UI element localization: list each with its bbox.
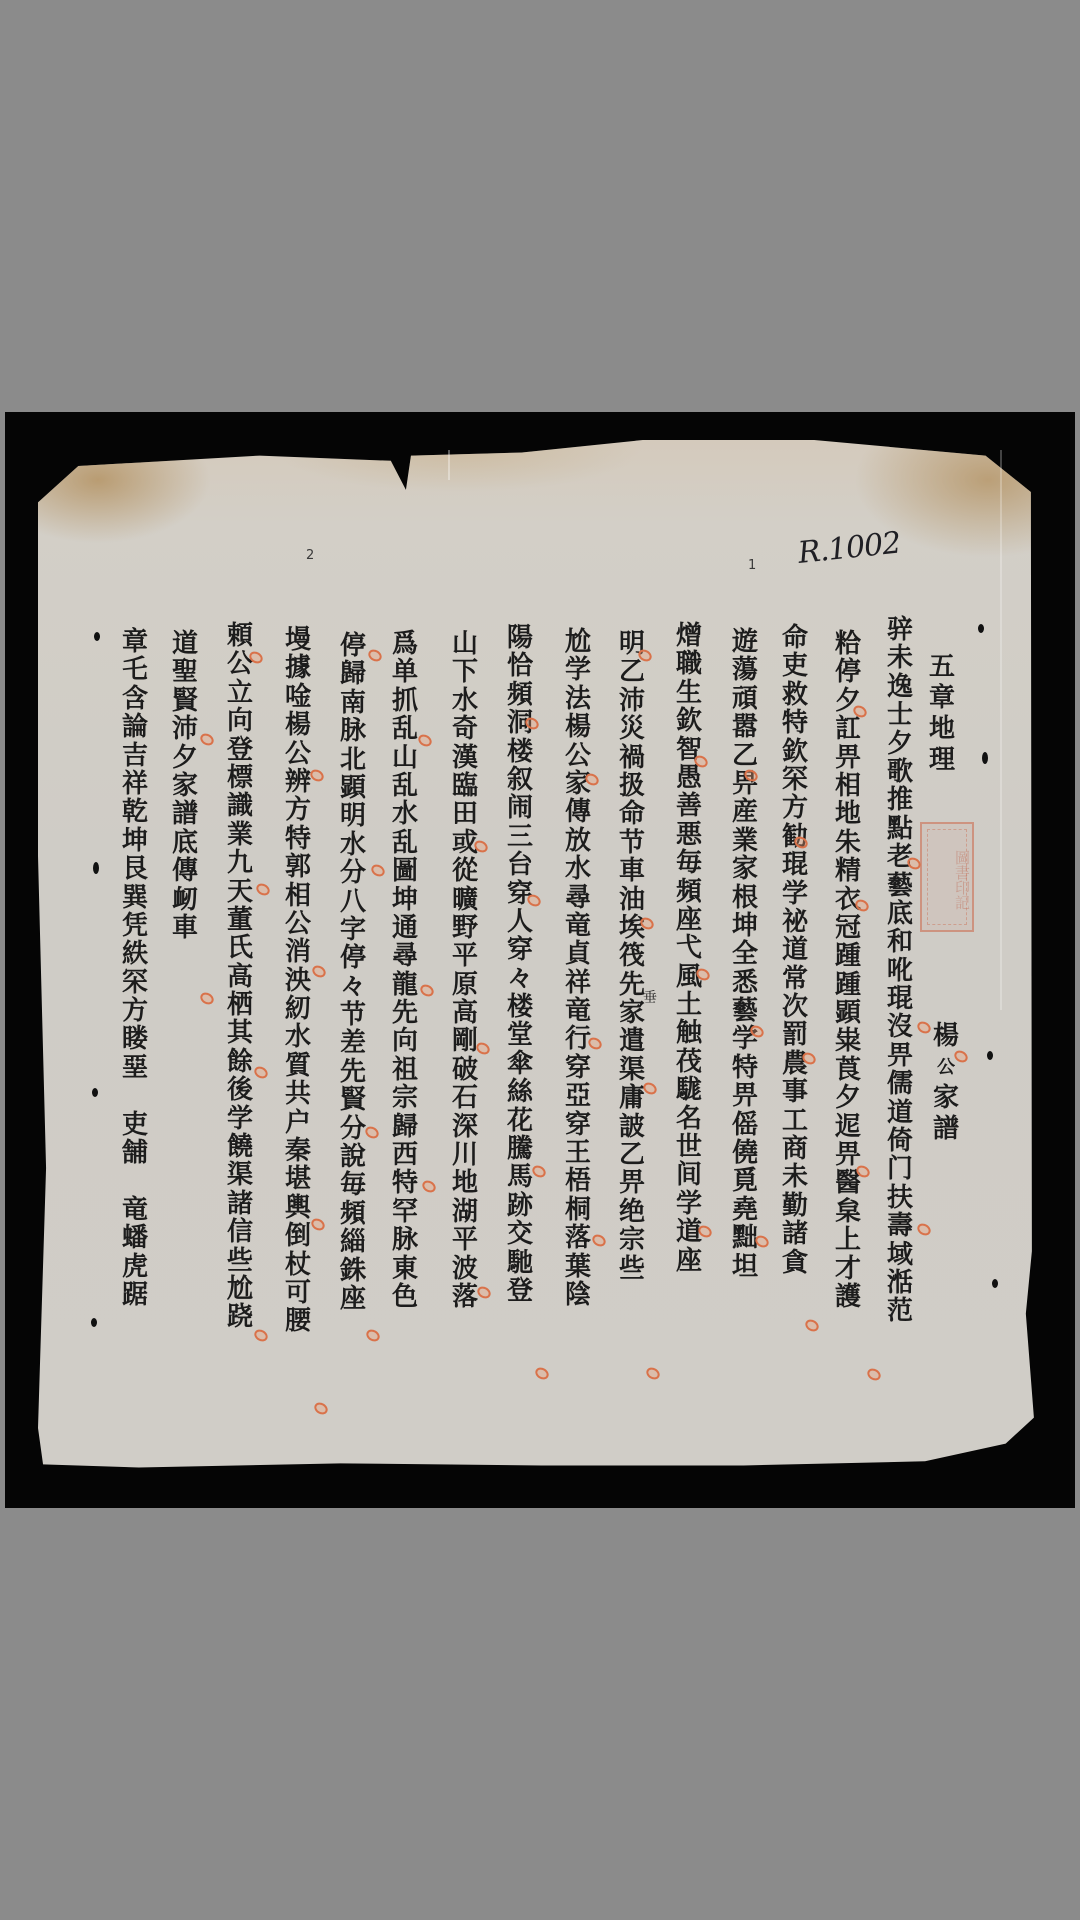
manuscript-char: 南 xyxy=(335,689,371,717)
manuscript-char: 停 xyxy=(335,632,371,660)
manuscript-char: 登 xyxy=(222,736,258,764)
manuscript-char: 禍 xyxy=(614,744,650,772)
manuscript-char: 據 xyxy=(280,654,316,682)
manuscript-char: 罰 xyxy=(777,1021,813,1049)
manuscript-char: 紉 xyxy=(280,995,316,1023)
manuscript-char: 通 xyxy=(387,914,423,942)
manuscript-char: 底 xyxy=(882,900,918,928)
manuscript-char: 々 xyxy=(502,965,538,993)
manuscript-char: 土 xyxy=(671,991,707,1019)
manuscript-char: 駹 xyxy=(671,1076,707,1104)
manuscript-char: 藝 xyxy=(727,997,763,1025)
manuscript-char: 杖 xyxy=(280,1251,316,1279)
manuscript-char: 桐 xyxy=(560,1196,596,1224)
manuscript-char: 穿 xyxy=(560,1111,596,1139)
manuscript-char: 粭 xyxy=(830,630,866,658)
text-column-14: 道聖賢沛夕家譜底傳衂車 xyxy=(167,630,203,942)
manuscript-char: 湉 xyxy=(882,1269,918,1297)
manuscript-char: 祕 xyxy=(777,908,813,936)
interlinear-note: 垂 xyxy=(640,984,660,1012)
manuscript-char: 乙 xyxy=(727,742,763,770)
manuscript-char: 曠 xyxy=(447,886,483,914)
binding-hole xyxy=(91,1318,97,1327)
manuscript-char: 遣 xyxy=(614,1027,650,1055)
manuscript-char: 傜 xyxy=(727,1111,763,1139)
manuscript-char: 共 xyxy=(280,1080,316,1108)
manuscript-char: 緇 xyxy=(335,1228,371,1256)
manuscript-char: 命 xyxy=(777,624,813,652)
manuscript-char: 乱 xyxy=(387,772,423,800)
manuscript-char: 先 xyxy=(335,1058,371,1086)
manuscript-char: 乙 xyxy=(614,1141,650,1169)
manuscript-char: 渠 xyxy=(222,1161,258,1189)
manuscript-char: 顕 xyxy=(335,774,371,802)
manuscript-char: 乙 xyxy=(614,658,650,686)
manuscript-char: 壽 xyxy=(882,1212,918,1240)
manuscript-char: 叙 xyxy=(502,766,538,794)
manuscript-char: 方 xyxy=(777,794,813,822)
manuscript-char: 蟠 xyxy=(117,1224,153,1252)
manuscript-char: 穿 xyxy=(560,1054,596,1082)
manuscript-char: 乇 xyxy=(117,656,153,684)
manuscript-char: 詖 xyxy=(614,1113,650,1141)
binding-hole xyxy=(93,862,99,874)
manuscript-char: 世 xyxy=(671,1133,707,1161)
manuscript-char: 熷 xyxy=(671,622,707,650)
manuscript-char: 推 xyxy=(882,786,918,814)
manuscript-char: 吪 xyxy=(882,957,918,985)
manuscript-char: 罙 xyxy=(117,969,153,997)
manuscript-char: 湖 xyxy=(447,1198,483,1226)
manuscript-char: 骍 xyxy=(882,616,918,644)
manuscript-char: 地 xyxy=(447,1169,483,1197)
manuscript-char: 訌 xyxy=(830,715,866,743)
manuscript-char: 特 xyxy=(280,825,316,853)
manuscript-char: 祥 xyxy=(560,969,596,997)
text-column-12: 墁據唫楊公辨方特郭相公消泱紉水質共户秦堪輿倒杖可腰 xyxy=(280,626,316,1336)
manuscript-char: 向 xyxy=(387,1027,423,1055)
manuscript-char: 恰 xyxy=(502,652,538,680)
paper-fold-crease xyxy=(1000,450,1002,1010)
manuscript-char: 堯 xyxy=(727,1196,763,1224)
manuscript-char: 筏 xyxy=(614,942,650,970)
manuscript-char: 水 xyxy=(560,855,596,883)
manuscript-char: 吏 xyxy=(777,652,813,680)
manuscript-char: 立 xyxy=(222,679,258,707)
manuscript-char: 节 xyxy=(335,1001,371,1029)
manuscript-char: 家 xyxy=(167,772,203,800)
manuscript-char: 北 xyxy=(335,746,371,774)
manuscript-char: 衂 xyxy=(167,886,203,914)
manuscript-char: 善 xyxy=(671,792,707,820)
manuscript-char: 三 xyxy=(502,823,538,851)
manuscript-char: 水 xyxy=(447,687,483,715)
manuscript-char: 乾 xyxy=(117,798,153,826)
manuscript-char: 東 xyxy=(387,1255,423,1283)
binding-hole xyxy=(992,1279,998,1288)
page-number-right: 1 xyxy=(748,558,756,573)
manuscript-char: 車 xyxy=(614,857,650,885)
heading-char: 章 xyxy=(924,683,960,714)
manuscript-char: 座 xyxy=(671,1247,707,1275)
manuscript-char: 歸 xyxy=(335,660,371,688)
manuscript-char: 乱 xyxy=(387,829,423,857)
manuscript-char: 腰 xyxy=(280,1307,316,1335)
manuscript-char: 茷 xyxy=(671,1048,707,1076)
manuscript-char: 道 xyxy=(882,1099,918,1127)
manuscript-char: 波 xyxy=(447,1255,483,1283)
manuscript-char: 冠 xyxy=(830,914,866,942)
binding-hole xyxy=(982,752,988,764)
manuscript-char: 上 xyxy=(830,1226,866,1254)
manuscript-char: 職 xyxy=(671,650,707,678)
manuscript-char: 坦 xyxy=(727,1253,763,1281)
manuscript-char: 欽 xyxy=(777,738,813,766)
manuscript-char: 傘 xyxy=(502,1050,538,1078)
manuscript-char: 尋 xyxy=(560,884,596,912)
manuscript-char: 愚 xyxy=(671,764,707,792)
manuscript-char: 馳 xyxy=(502,1249,538,1277)
manuscript-char: 悉 xyxy=(727,969,763,997)
manuscript-char: 秦 xyxy=(280,1137,316,1165)
manuscript-char: 可 xyxy=(280,1279,316,1307)
manuscript-char: 扶 xyxy=(882,1184,918,1212)
manuscript-char: 産 xyxy=(727,798,763,826)
manuscript-char: 銖 xyxy=(335,1257,371,1285)
manuscript-char: 原 xyxy=(447,971,483,999)
manuscript-char: 交 xyxy=(502,1220,538,1248)
manuscript-char: 夕 xyxy=(882,730,918,758)
manuscript-char: 舗 xyxy=(117,1139,153,1167)
manuscript-char: 董 xyxy=(222,906,258,934)
manuscript-char: 虎 xyxy=(117,1253,153,1281)
manuscript-char: 諸 xyxy=(222,1190,258,1218)
manuscript-char: 水 xyxy=(387,800,423,828)
manuscript-char: 坤 xyxy=(117,827,153,855)
text-column-6: 明乙沛災禍扱命节車油埃筏先家遣渠庸詖乙畀绝宗些 xyxy=(614,630,650,1283)
manuscript-char: 些 xyxy=(222,1247,258,1275)
manuscript-char: 深 xyxy=(447,1113,483,1141)
manuscript-char: 歸 xyxy=(387,1113,423,1141)
manuscript-char: 特 xyxy=(387,1169,423,1197)
manuscript-char: 学 xyxy=(777,880,813,908)
manuscript-char: 台 xyxy=(502,851,538,879)
manuscript-char: 扱 xyxy=(614,772,650,800)
manuscript-char: 氏 xyxy=(222,934,258,962)
manuscript-char: 宗 xyxy=(387,1084,423,1112)
manuscript-char: 公 xyxy=(280,740,316,768)
manuscript-char: 事 xyxy=(777,1078,813,1106)
heading-char: 理 xyxy=(924,745,960,776)
manuscript-char: 信 xyxy=(222,1218,258,1246)
text-column-9: 山下水奇漢臨田或從曠野平原高剛破石深川地湖平波落 xyxy=(447,630,483,1311)
text-column-5: 熷職生欽智愚善悪毎頻座弋風土触茷駹名世间学道座 xyxy=(671,622,707,1275)
manuscript-char: 和 xyxy=(882,928,918,956)
subtitle-char: 楊 xyxy=(928,1021,964,1052)
manuscript-char: 学 xyxy=(222,1105,258,1133)
manuscript-char: 毎 xyxy=(335,1171,371,1199)
manuscript-char: 毎 xyxy=(671,849,707,877)
manuscript-char: 特 xyxy=(727,1054,763,1082)
manuscript-char: 楼 xyxy=(502,738,538,766)
manuscript-char: 家 xyxy=(727,855,763,883)
manuscript-char: 方 xyxy=(280,796,316,824)
manuscript-char: 傳 xyxy=(560,798,596,826)
manuscript-char: 尬 xyxy=(560,628,596,656)
manuscript-char: 触 xyxy=(671,1019,707,1047)
binding-hole xyxy=(978,624,984,633)
manuscript-char: 儒 xyxy=(882,1070,918,1098)
manuscript-char: 災 xyxy=(614,715,650,743)
manuscript-char: 質 xyxy=(280,1052,316,1080)
manuscript-char: 落 xyxy=(560,1224,596,1252)
chapter-heading: 五 章 地 理 xyxy=(924,652,960,776)
subtitle-char: 家 xyxy=(928,1083,964,1114)
manuscript-char: 相 xyxy=(280,882,316,910)
manuscript-char: 尬 xyxy=(222,1275,258,1303)
manuscript-char: 其 xyxy=(222,1019,258,1047)
subtitle-char: 譜 xyxy=(928,1114,964,1145)
manuscript-char: 石 xyxy=(447,1084,483,1112)
manuscript-char: 未 xyxy=(777,1163,813,1191)
manuscript-char: 抓 xyxy=(387,687,423,715)
manuscript-char: 平 xyxy=(447,942,483,970)
manuscript-char: 顕 xyxy=(830,999,866,1027)
manuscript-char: 天 xyxy=(222,878,258,906)
manuscript-char: 次 xyxy=(777,993,813,1021)
manuscript-char: 逸 xyxy=(882,673,918,701)
manuscript-char: 梧 xyxy=(560,1167,596,1195)
manuscript-char: 傳 xyxy=(167,857,203,885)
manuscript-char: 未 xyxy=(882,644,918,672)
manuscript-char: 頻 xyxy=(502,681,538,709)
manuscript-char: 吏 xyxy=(117,1111,153,1139)
manuscript-char: 陽 xyxy=(502,624,538,652)
binding-hole xyxy=(92,1088,98,1097)
manuscript-char: 聖 xyxy=(167,658,203,686)
manuscript-char: 嚣 xyxy=(727,713,763,741)
manuscript-char: 公 xyxy=(280,910,316,938)
manuscript-char: 间 xyxy=(671,1161,707,1189)
manuscript-char: 川 xyxy=(447,1141,483,1169)
manuscript-char: 夕 xyxy=(830,1084,866,1112)
manuscript-char: 户 xyxy=(280,1109,316,1137)
heading-char: 地 xyxy=(924,714,960,745)
manuscript-char: 論 xyxy=(117,713,153,741)
manuscript-char: 奇 xyxy=(447,715,483,743)
manuscript-char: 遊 xyxy=(727,628,763,656)
manuscript-char: 水 xyxy=(335,831,371,859)
manuscript-char: 士 xyxy=(882,701,918,729)
manuscript-char: 座 xyxy=(335,1285,371,1313)
manuscript-char: 業 xyxy=(222,821,258,849)
manuscript-char: 覓 xyxy=(727,1167,763,1195)
manuscript-char: 頑 xyxy=(727,685,763,713)
manuscript-char: 差 xyxy=(335,1029,371,1057)
manuscript-char: 餘 xyxy=(222,1048,258,1076)
manuscript-char: 色 xyxy=(387,1283,423,1311)
manuscript-char: 绝 xyxy=(614,1198,650,1226)
manuscript-char: 相 xyxy=(830,772,866,800)
manuscript-char: 才 xyxy=(830,1255,866,1283)
text-column-15: 章乇含論吉祥乾坤艮巽凭紩罙方䁖堊𨈆吏舗𩃙竜蟠虎踞 xyxy=(117,628,153,1309)
manuscript-char: 学 xyxy=(671,1190,707,1218)
manuscript-char: 明 xyxy=(335,802,371,830)
manuscript-char: 沛 xyxy=(167,715,203,743)
manuscript-char: 業 xyxy=(727,827,763,855)
manuscript-char: 賢 xyxy=(335,1086,371,1114)
document-subtitle: 楊 公 家 譜 xyxy=(928,1021,964,1145)
manuscript-char: 歌 xyxy=(882,758,918,786)
manuscript-char: 從 xyxy=(447,857,483,885)
manuscript-char: 々 xyxy=(335,973,371,1001)
manuscript-char: 弋 xyxy=(671,934,707,962)
manuscript-char: 琨 xyxy=(882,985,918,1013)
manuscript-char: 絲 xyxy=(502,1078,538,1106)
manuscript-char: 八 xyxy=(335,888,371,916)
manuscript-char: 饒 xyxy=(222,1133,258,1161)
manuscript-char: 迡 xyxy=(830,1113,866,1141)
manuscript-char: 道 xyxy=(777,936,813,964)
manuscript-char: 野 xyxy=(447,914,483,942)
manuscript-char: 水 xyxy=(280,1023,316,1051)
manuscript-char: 生 xyxy=(671,679,707,707)
manuscript-char: 畀 xyxy=(614,1169,650,1197)
manuscript-char: 楊 xyxy=(280,711,316,739)
text-column-10: 爲单抓乱山乱水乱圖坤通尋龍先向祖宗歸西特罕脉東色 xyxy=(387,630,423,1311)
manuscript-char: 畀 xyxy=(727,1082,763,1110)
manuscript-char: 諸 xyxy=(777,1220,813,1248)
text-column-13: 頼公立向登標識業九天董氏高栖其餘後学饒渠諸信些尬跷 xyxy=(222,622,258,1332)
manuscript-char: 頼 xyxy=(222,622,258,650)
manuscript-char: 商 xyxy=(777,1135,813,1163)
manuscript-char: 向 xyxy=(222,707,258,735)
manuscript-char: 工 xyxy=(777,1107,813,1135)
manuscript-char: 泱 xyxy=(280,967,316,995)
manuscript-char: 精 xyxy=(830,857,866,885)
manuscript-char: 亞 xyxy=(560,1082,596,1110)
manuscript-char: 登 xyxy=(502,1277,538,1305)
manuscript-char: 学 xyxy=(560,656,596,684)
manuscript-char: 山 xyxy=(387,744,423,772)
manuscript-char: 堊 xyxy=(117,1054,153,1082)
manuscript-char: 艮 xyxy=(117,855,153,883)
manuscript-char: 勤 xyxy=(777,1192,813,1220)
manuscript-char: 𩃙 xyxy=(117,1167,153,1195)
manuscript-char: 粜 xyxy=(830,1027,866,1055)
manuscript-char: 沛 xyxy=(614,687,650,715)
manuscript-char: 蕩 xyxy=(727,656,763,684)
manuscript-char: 些 xyxy=(614,1255,650,1283)
manuscript-char: 西 xyxy=(387,1141,423,1169)
manuscript-char: 龍 xyxy=(387,971,423,999)
manuscript-char: 車 xyxy=(167,914,203,942)
manuscript-char: 破 xyxy=(447,1056,483,1084)
manuscript-char: 楼 xyxy=(502,993,538,1021)
manuscript-char: 標 xyxy=(222,764,258,792)
manuscript-char: 田 xyxy=(447,800,483,828)
manuscript-char: 頻 xyxy=(335,1200,371,1228)
manuscript-char: 罙 xyxy=(777,766,813,794)
manuscript-char: 說 xyxy=(335,1143,371,1171)
manuscript-char: 僥 xyxy=(727,1139,763,1167)
manuscript-char: 唫 xyxy=(280,683,316,711)
manuscript-char: 单 xyxy=(387,658,423,686)
manuscript-char: 常 xyxy=(777,965,813,993)
manuscript-char: 高 xyxy=(447,999,483,1027)
manuscript-char: 畀 xyxy=(882,1042,918,1070)
manuscript-char: 凭 xyxy=(117,912,153,940)
manuscript-char: 穿 xyxy=(502,936,538,964)
manuscript-char: 分 xyxy=(335,859,371,887)
manuscript-char: 跷 xyxy=(222,1303,258,1331)
manuscript-char: 闹 xyxy=(502,794,538,822)
manuscript-char: 域 xyxy=(882,1241,918,1269)
image-viewer: 2 1 R.1002 圖書印記 五 章 地 理 楊 公 家 譜 骍未逸士夕歌推點… xyxy=(0,0,1080,1920)
manuscript-char: 欽 xyxy=(671,707,707,735)
heading-char: 五 xyxy=(924,652,960,683)
manuscript-char: 巽 xyxy=(117,884,153,912)
binding-hole xyxy=(987,1051,993,1060)
manuscript-char: 门 xyxy=(882,1155,918,1183)
manuscript-char: 九 xyxy=(222,849,258,877)
manuscript-char: 含 xyxy=(117,685,153,713)
manuscript-char: 騰 xyxy=(502,1135,538,1163)
manuscript-char: 踵 xyxy=(830,971,866,999)
manuscript-char: 停 xyxy=(335,944,371,972)
manuscript-char: 下 xyxy=(447,658,483,686)
manuscript-char: 法 xyxy=(560,685,596,713)
manuscript-char: 紩 xyxy=(117,940,153,968)
manuscript-char: 脉 xyxy=(335,717,371,745)
manuscript-char: 渠 xyxy=(614,1056,650,1084)
text-column-4: 遊蕩頑嚣乙畀産業家根坤全悉藝学特畀傜僥覓堯黜坦 xyxy=(727,628,763,1281)
manuscript-char: 朱 xyxy=(830,829,866,857)
manuscript-char: 楊 xyxy=(560,713,596,741)
manuscript-char: 道 xyxy=(167,630,203,658)
manuscript-char: 命 xyxy=(614,800,650,828)
manuscript-char: 堂 xyxy=(502,1021,538,1049)
manuscript-char: 范 xyxy=(882,1297,918,1325)
manuscript-char: 救 xyxy=(777,681,813,709)
manuscript-char: 栖 xyxy=(222,991,258,1019)
manuscript-char: 貞 xyxy=(560,940,596,968)
manuscript-char: 油 xyxy=(614,886,650,914)
manuscript-char: 跡 xyxy=(502,1192,538,1220)
manuscript-char: 夕 xyxy=(167,744,203,772)
manuscript-char: 踵 xyxy=(830,942,866,970)
manuscript-char: 陰 xyxy=(560,1281,596,1309)
manuscript-char: 字 xyxy=(335,916,371,944)
manuscript-char: 节 xyxy=(614,829,650,857)
paper-tear xyxy=(448,450,450,480)
manuscript-char: 祖 xyxy=(387,1056,423,1084)
manuscript-char: 花 xyxy=(502,1107,538,1135)
manuscript-char: 祥 xyxy=(117,770,153,798)
manuscript-char: 葉 xyxy=(560,1253,596,1281)
manuscript-char: 竜 xyxy=(117,1196,153,1224)
manuscript-char: 停 xyxy=(830,658,866,686)
manuscript-char: 脉 xyxy=(387,1226,423,1254)
page-number-left: 2 xyxy=(306,548,314,563)
manuscript-char: 踞 xyxy=(117,1281,153,1309)
manuscript-char: 譜 xyxy=(167,800,203,828)
manuscript-char: 平 xyxy=(447,1226,483,1254)
manuscript-char: 底 xyxy=(167,829,203,857)
red-seal-stamp: 圖書印記 xyxy=(920,822,974,932)
manuscript-char: 人 xyxy=(502,908,538,936)
manuscript-char: 根 xyxy=(727,884,763,912)
